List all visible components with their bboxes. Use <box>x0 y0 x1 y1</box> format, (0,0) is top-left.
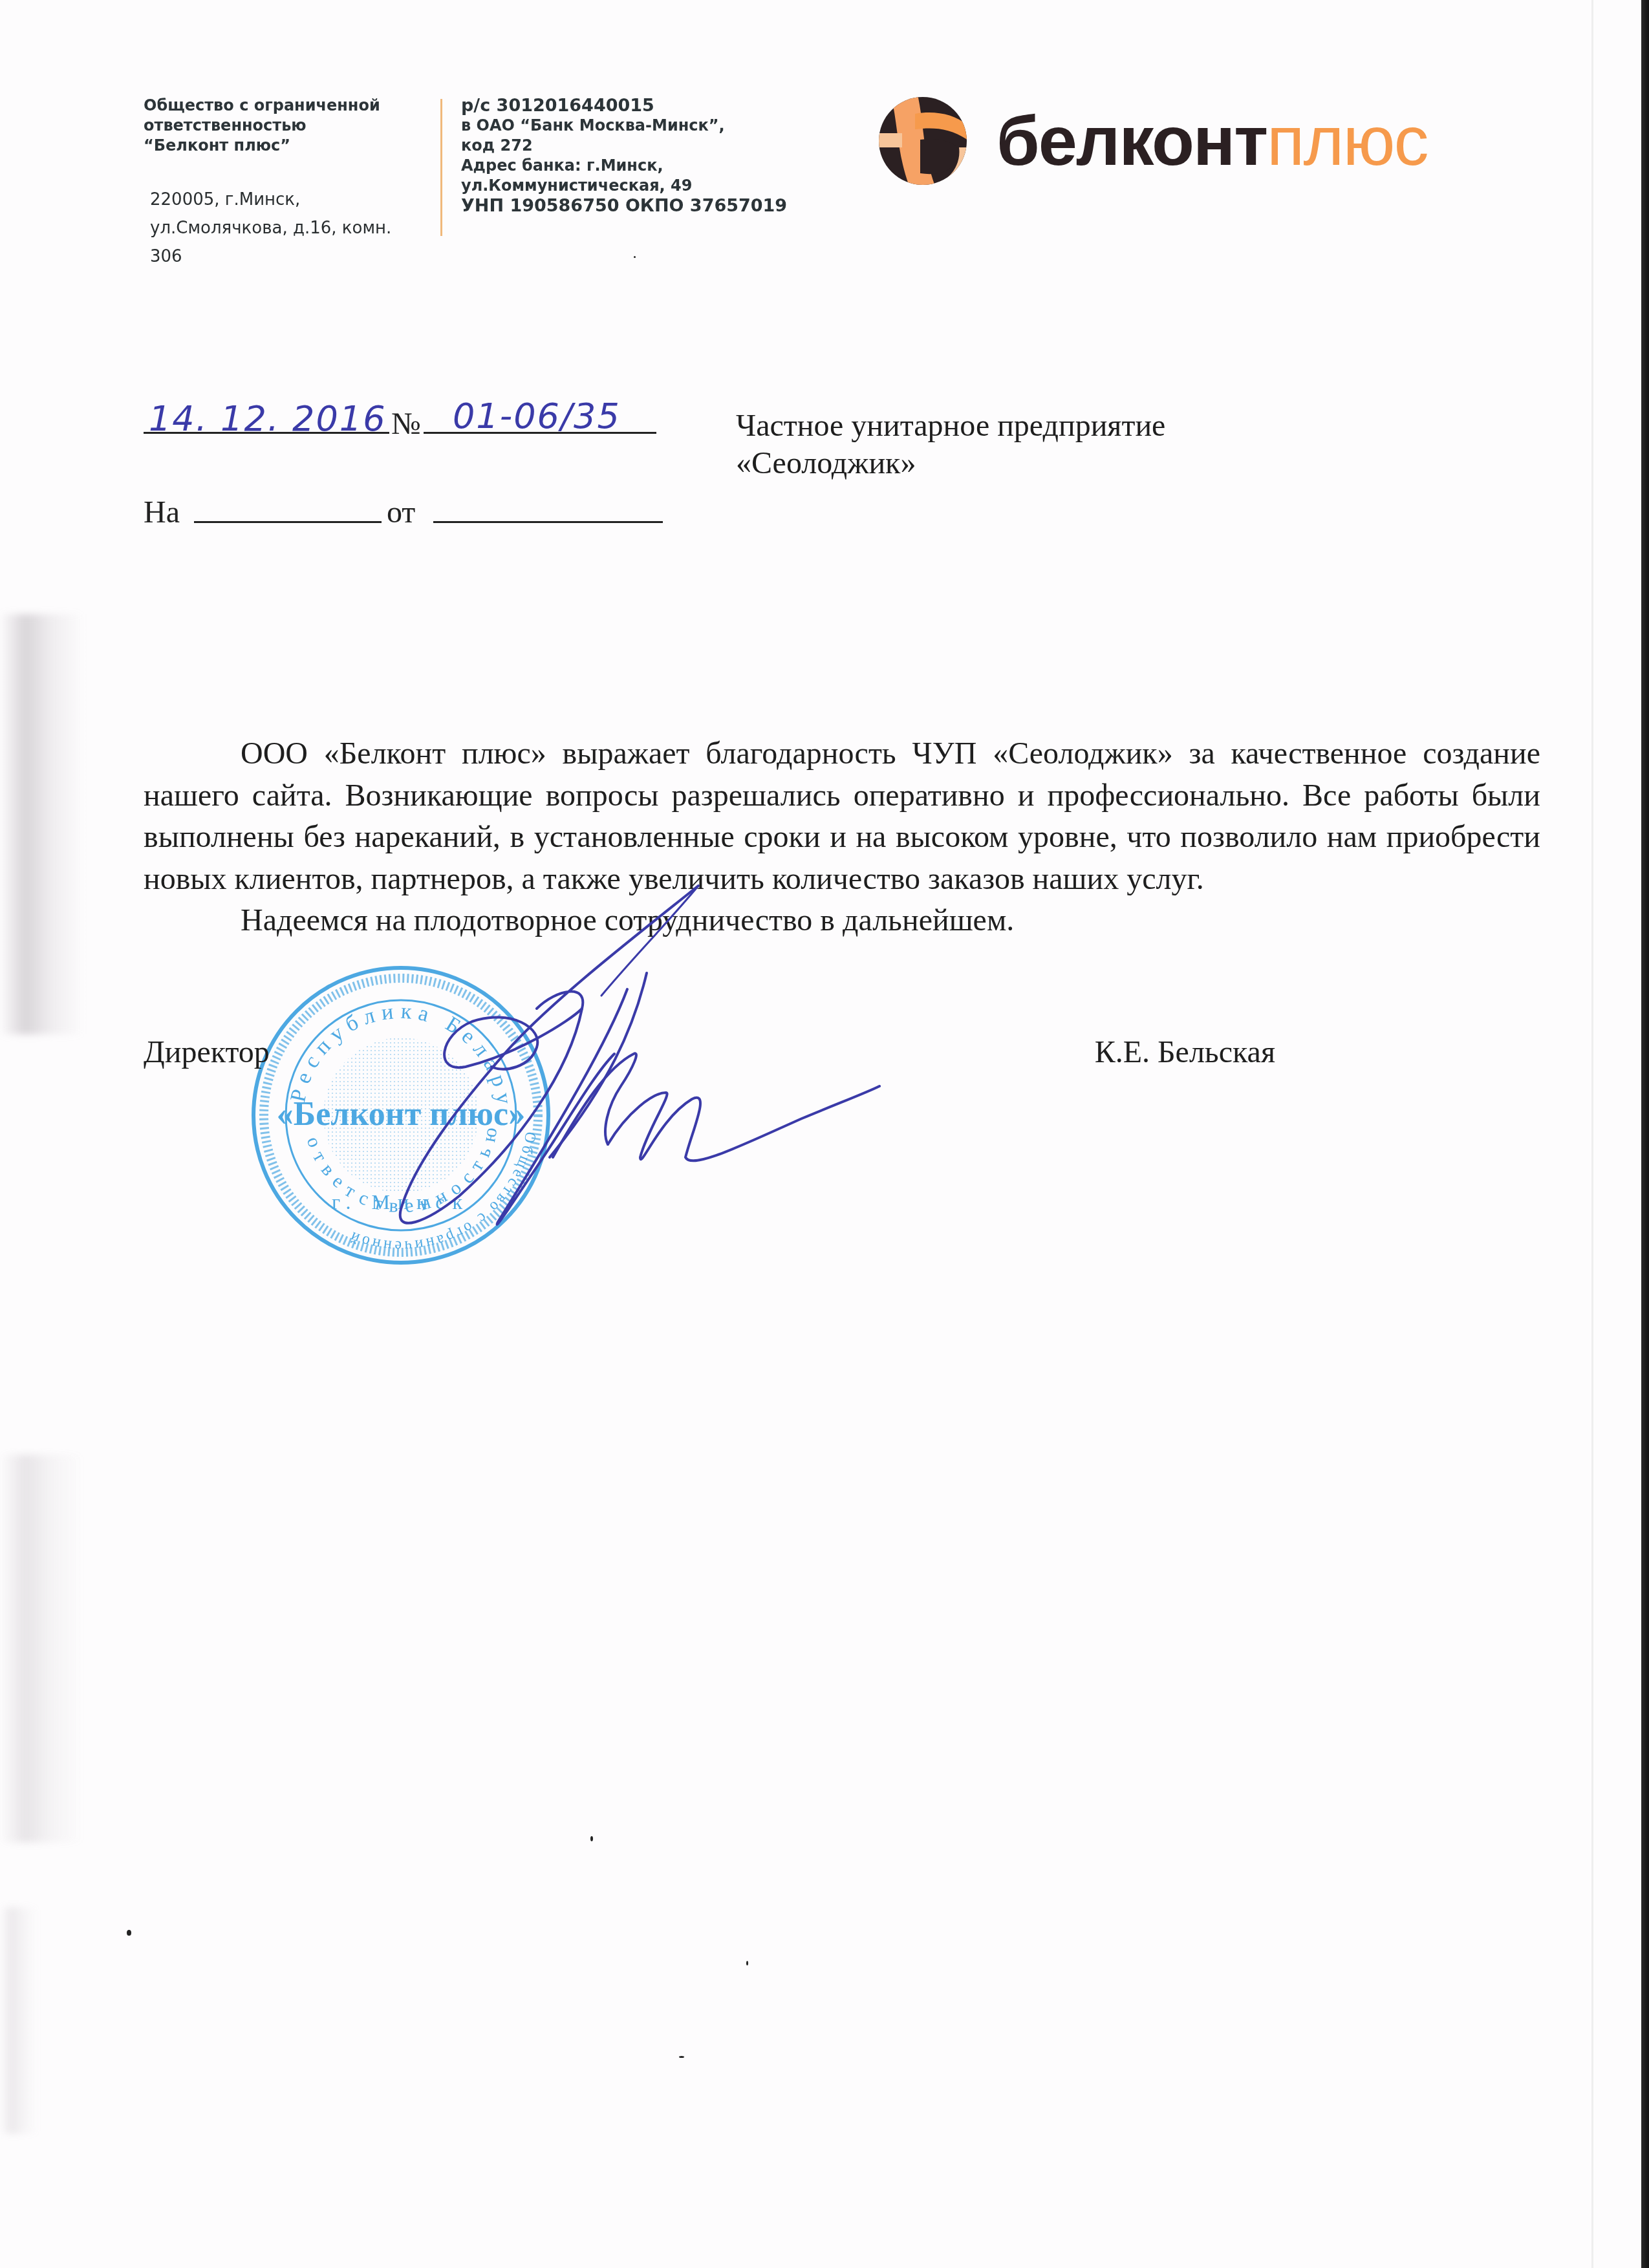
logo-wordmark-dark: белконт <box>997 102 1267 180</box>
scan-edge <box>1641 0 1649 2268</box>
from-label: от <box>387 495 415 530</box>
signer-position: Директор <box>144 1034 270 1070</box>
belkont-logo-icon <box>876 96 969 186</box>
bank-line: код 272 <box>461 136 787 156</box>
bank-line: ул.Коммунистическая, 49 <box>461 176 787 196</box>
address-line: 220005, г.Минск, <box>150 186 391 214</box>
scan-speck <box>590 1836 593 1841</box>
reply-to-label: На <box>144 495 180 530</box>
scan-smear <box>0 1455 84 1843</box>
handwritten-signature <box>388 860 905 1261</box>
scan-fold-line <box>1591 0 1593 2268</box>
bank-line: р/с 3012016440015 <box>461 96 787 116</box>
company-name-line: Общество с ограниченной <box>144 96 391 116</box>
company-name-line: ответственностью <box>144 116 391 136</box>
scan-smear <box>0 1907 39 2134</box>
address-line: 306 <box>150 242 391 271</box>
number-sign: № <box>391 406 421 442</box>
letterhead-divider <box>440 99 442 236</box>
logo-wordmark: белконтплюс <box>997 106 1428 176</box>
date-handwritten: 14. 12. 2016 <box>149 398 387 439</box>
number-handwritten: 01-06/35 <box>453 396 621 436</box>
addressee-line: Частное унитарное предприятие <box>736 407 1165 445</box>
scan-smear <box>0 614 84 1034</box>
company-name-line: “Белконт плюс” <box>144 136 391 156</box>
reply-to-line <box>194 521 382 523</box>
addressee-line: «Сеолоджик» <box>736 445 1165 482</box>
company-logo: белконтплюс <box>876 96 1428 186</box>
scan-speck <box>634 256 636 258</box>
bank-line: УНП 190586750 ОКПО 37657019 <box>461 196 787 216</box>
scan-speck <box>679 2056 684 2058</box>
scan-speck <box>746 1961 748 1965</box>
addressee: Частное унитарное предприятие «Сеолоджик… <box>736 407 1165 482</box>
bank-line: Адрес банка: г.Минск, <box>461 156 787 176</box>
logo-wordmark-light: плюс <box>1267 102 1428 180</box>
bank-line: в ОАО “Банк Москва-Минск”, <box>461 116 787 136</box>
letterhead-company: Общество с ограниченной ответственностью… <box>144 96 391 271</box>
scan-speck <box>127 1930 131 1936</box>
signer-name: К.Е. Бельская <box>1095 1034 1275 1070</box>
company-address: 220005, г.Минск, ул.Смолячкова, д.16, ко… <box>150 186 391 271</box>
address-line: ул.Смолячкова, д.16, комн. <box>150 214 391 242</box>
from-line <box>433 521 663 523</box>
letterhead-bank-details: р/с 3012016440015 в ОАО “Банк Москва-Мин… <box>461 96 787 216</box>
